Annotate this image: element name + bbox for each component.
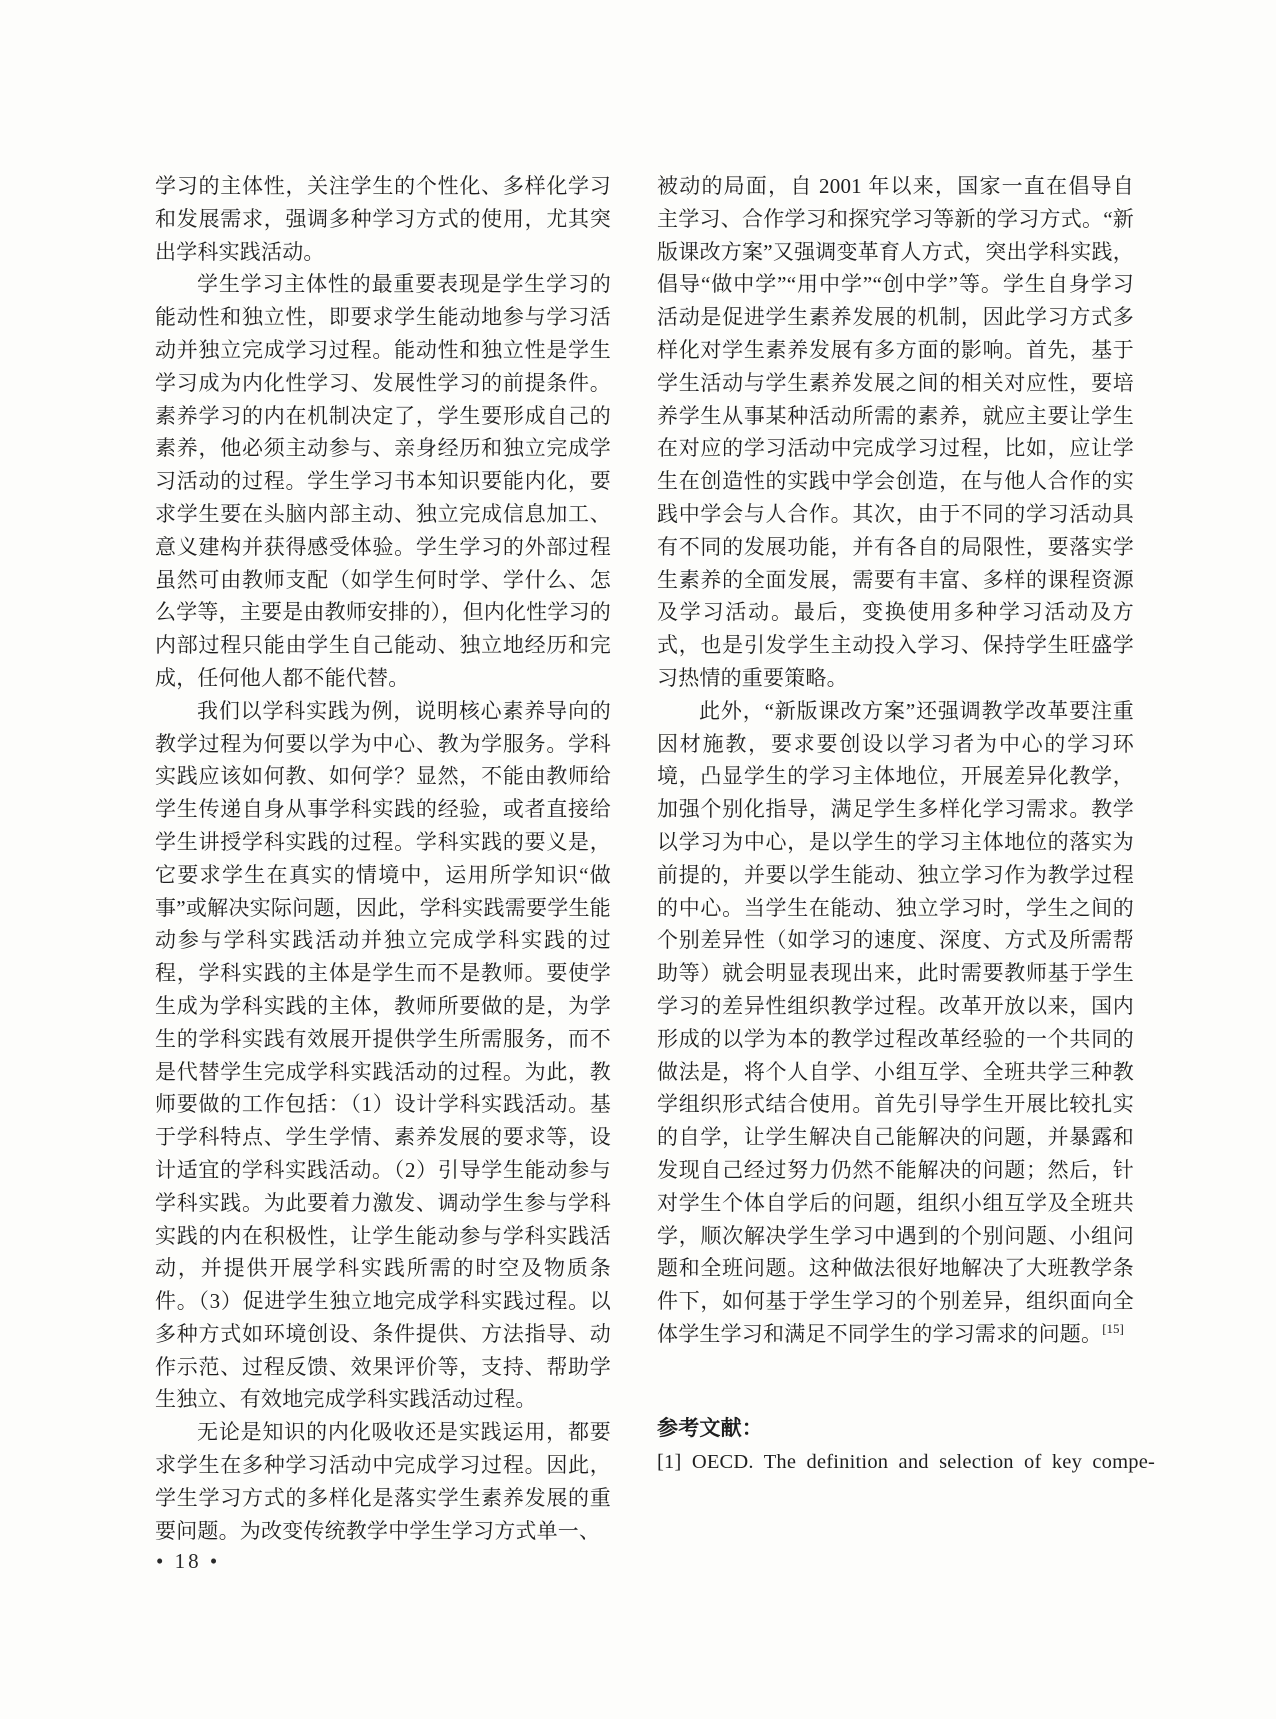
paragraph: 我们以学科实践为例，说明核心素养导向的教学过程为何要以学为中心、教为学服务。学科… [155, 695, 611, 1417]
references-heading: 参考文献： [657, 1413, 1134, 1446]
reference-item: [1] OECD. The definition and selection o… [657, 1446, 1134, 1479]
paragraph: 学习的主体性，关注学生的个性化、多样化学习和发展需求，强调多种学习方式的使用，尤… [155, 170, 611, 268]
paragraph: 此外，“新版课改方案”还强调教学改革要注重因材施教，要求要创设以学习者为中心的学… [657, 695, 1134, 1351]
right-column: 被动的局面，自 2001 年以来，国家一直在倡导自主学习、合作学习和探究学习等新… [657, 170, 1134, 1547]
two-column-text-area: 学习的主体性，关注学生的个性化、多样化学习和发展需求，强调多种学习方式的使用，尤… [155, 170, 1134, 1547]
paragraph-text: 此外，“新版课改方案”还强调教学改革要注重因材施教，要求要创设以学习者为中心的学… [657, 699, 1134, 1346]
paragraph: 被动的局面，自 2001 年以来，国家一直在倡导自主学习、合作学习和探究学习等新… [657, 170, 1134, 695]
footnote-marker: [15] [1102, 1321, 1124, 1336]
journal-page: 学习的主体性，关注学生的个性化、多样化学习和发展需求，强调多种学习方式的使用，尤… [0, 0, 1276, 1719]
page-number: • 18 • [156, 1549, 220, 1574]
paragraph: 无论是知识的内化吸收还是实践运用，都要求学生在多种学习活动中完成学习过程。因此，… [155, 1416, 611, 1547]
left-column: 学习的主体性，关注学生的个性化、多样化学习和发展需求，强调多种学习方式的使用，尤… [155, 170, 611, 1547]
paragraph: 学生学习主体性的最重要表现是学生学习的能动性和独立性，即要求学生能动地参与学习活… [155, 268, 611, 694]
